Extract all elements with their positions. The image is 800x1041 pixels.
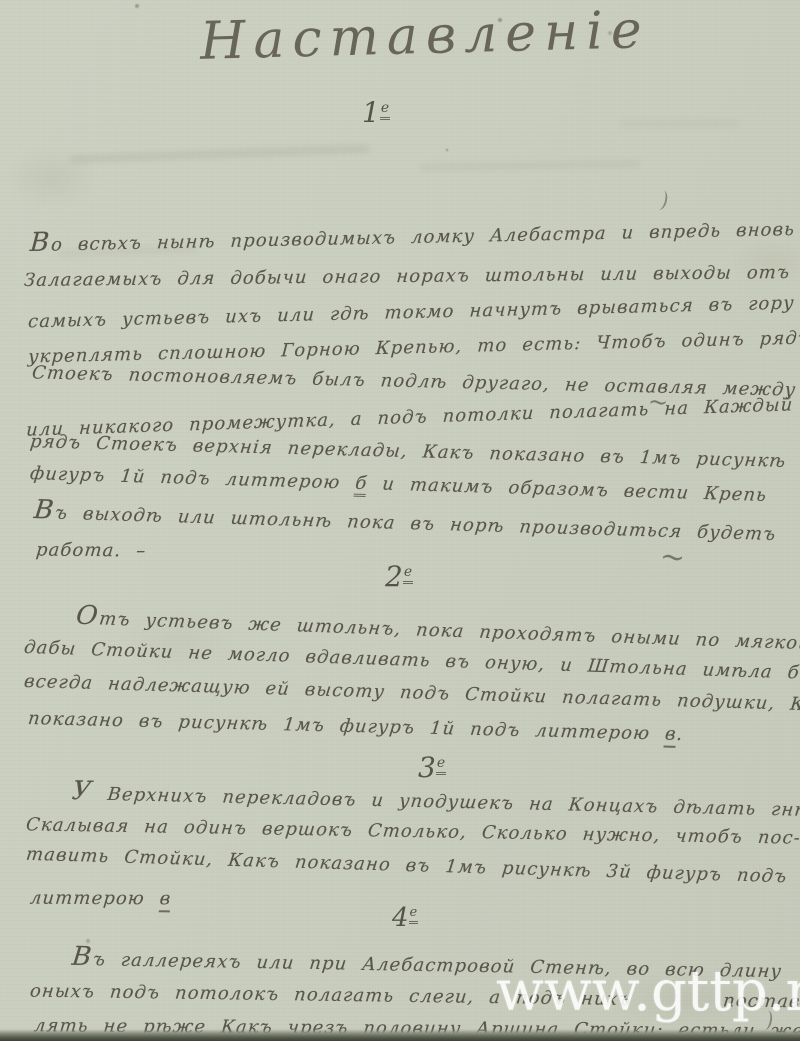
section-number: 4 <box>392 903 409 933</box>
pen-flourish: ~ <box>658 538 688 576</box>
document-title: Наставленіе <box>199 0 650 72</box>
manuscript-line: Залагаемыхъ для добычи онаго норахъ штол… <box>23 262 791 291</box>
manuscript-line: укреплять сплошною Горною Крепью, то ест… <box>27 327 800 367</box>
section-heading-3: 3е <box>418 751 446 784</box>
manuscript-line: работа. – <box>35 540 147 562</box>
showthrough-mark <box>620 120 740 127</box>
section-number: 2 <box>385 560 403 593</box>
section-number: 3 <box>418 751 436 784</box>
section-number: 1 <box>362 96 380 129</box>
section-ordinal-suffix: е <box>403 564 413 584</box>
manuscript-line: самыхъ устьевъ ихъ или гдѣ токмо начнутъ… <box>27 293 795 333</box>
showthrough-mark <box>420 160 640 171</box>
section-heading-1: 1е <box>362 96 390 129</box>
pen-flourish <box>653 189 669 211</box>
page-edge-shadow <box>0 1029 800 1041</box>
pen-flourish: ~ <box>647 387 670 417</box>
showthrough-mark <box>70 145 370 163</box>
manuscript-line: литтерою в <box>29 888 172 910</box>
reference-letter: в <box>159 888 173 912</box>
manuscript-line: тавить Стойки, Какъ показано въ 1мъ рису… <box>25 844 789 888</box>
manuscript-line: Во всѣхъ нынѣ производимыхъ ломку Алебас… <box>29 212 796 258</box>
section-ordinal-suffix: е <box>436 755 446 775</box>
section-heading-2: 2е <box>385 560 413 593</box>
manuscript-page: Наставленіе 1е Во всѣхъ нынѣ производимы… <box>0 0 800 1041</box>
section-ordinal-suffix: е <box>380 100 390 120</box>
section-ordinal-suffix: е <box>409 905 419 924</box>
manuscript-line: Стоекъ постоновляемъ былъ подлѣ другаго,… <box>31 362 797 400</box>
watermark: www.gttp.ru <box>496 964 800 1020</box>
manuscript-line: показано въ рисункѣ 1мъ фигуръ 1й подъ л… <box>27 708 685 745</box>
section-heading-4: 4е <box>392 903 418 933</box>
